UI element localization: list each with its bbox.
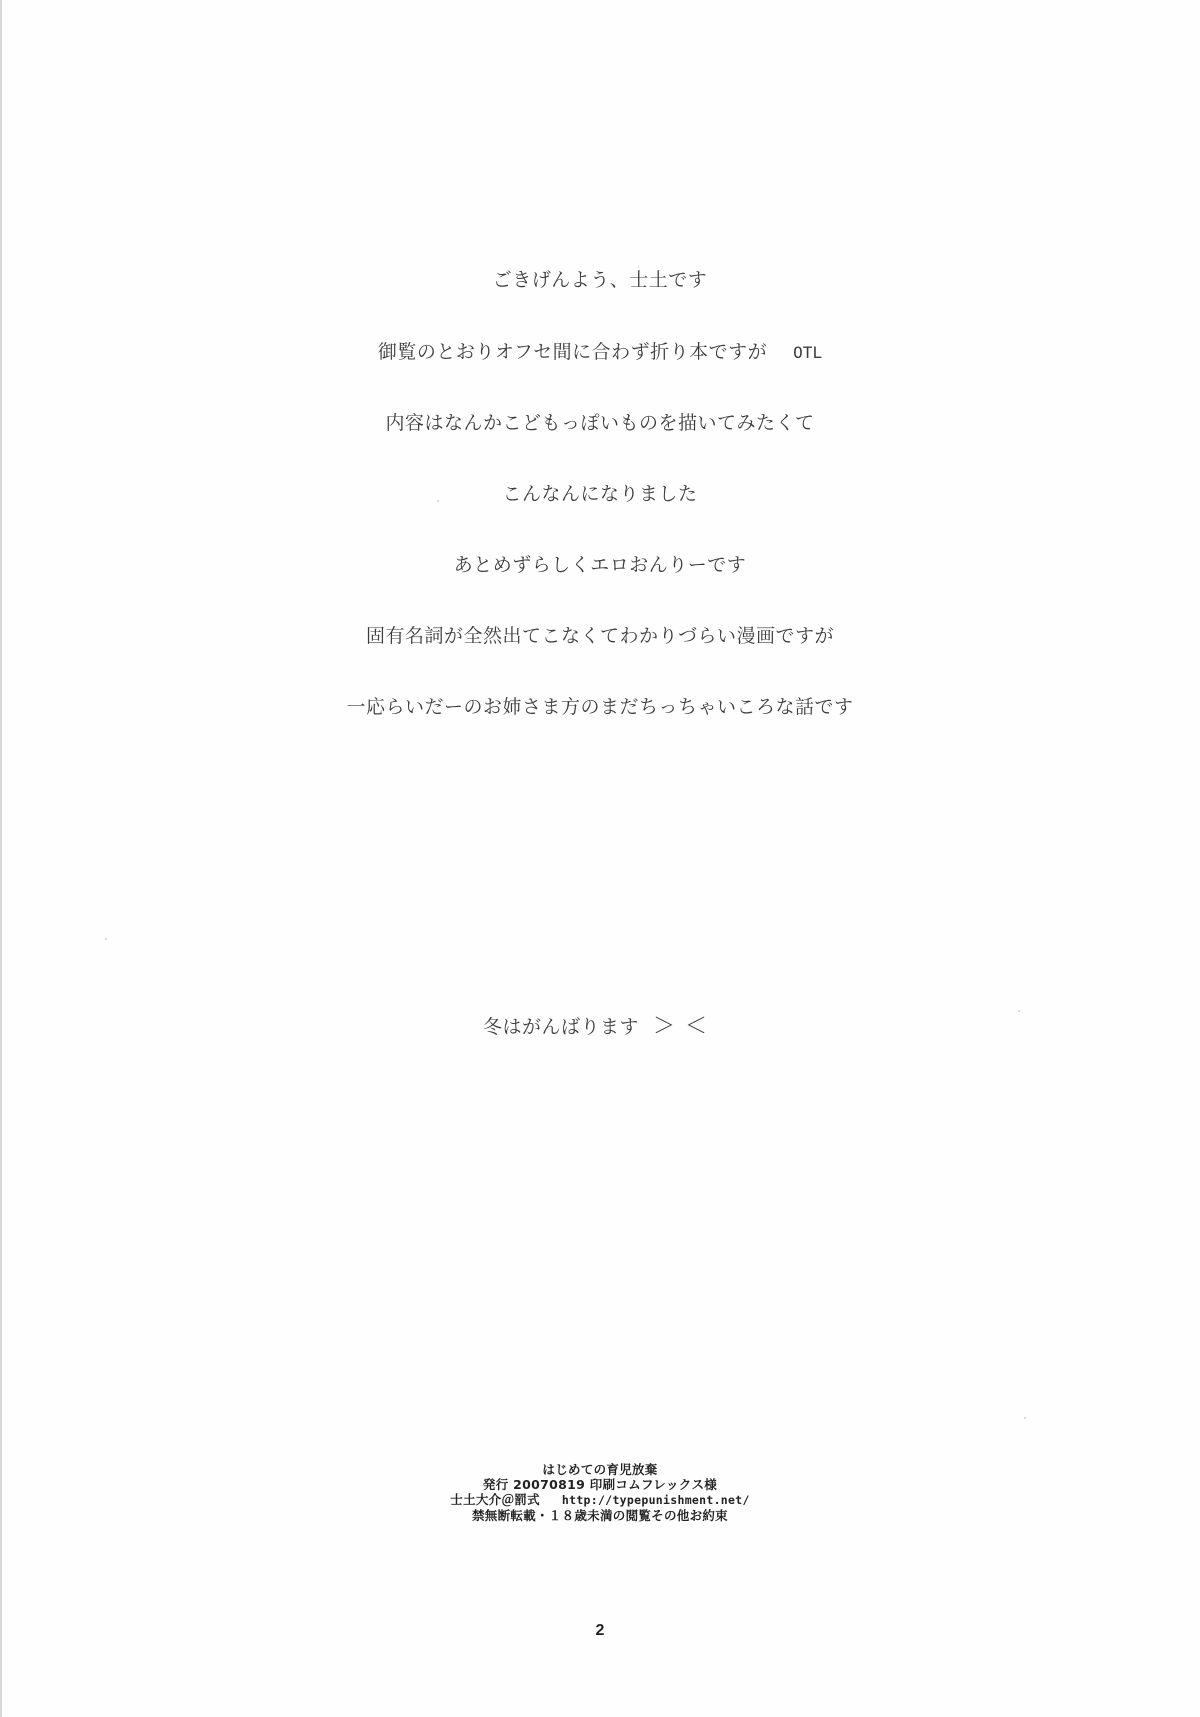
afterword-line-5: あとめずらしくエロおんりーです: [0, 553, 1200, 577]
afterword-line-4: こんなんになりました: [0, 482, 1200, 506]
otl-emoticon: OTL: [793, 343, 822, 362]
afterword-line-2: 御覧のとおりオフセ間に合わず折り本ですがOTL: [0, 340, 1200, 365]
colophon-notice: 禁無断転載・１８歳未満の閲覧その他お約束: [0, 1508, 1200, 1523]
afterword-text: 固有名詞が全然出てこなくてわかりづらい漫画ですが: [366, 625, 834, 647]
document-page: ごきげんよう、士土です 御覧のとおりオフセ間に合わず折り本ですがOTL 内容はな…: [0, 0, 1200, 1717]
afterword-line-1: ごきげんよう、士土です: [0, 268, 1200, 292]
emoticon: ＞＜: [653, 1014, 717, 1039]
scan-speck: [105, 938, 107, 940]
afterword-line-6: 固有名詞が全然出てこなくてわかりづらい漫画ですが: [0, 624, 1200, 648]
colophon-publish-info: 発行 20070819 印刷コムフレックス様: [0, 1477, 1200, 1492]
afterword-text: こんなんになりました: [502, 483, 697, 505]
page-edge: [0, 0, 2, 1717]
afterword-text: 御覧のとおりオフセ間に合わず折り本ですが: [378, 341, 767, 363]
afterword-line-7: 一応らいだーのお姉さま方のまだちっちゃいころな話です: [0, 695, 1200, 719]
afterword-text: 内容はなんかこどもっぽいものを描いてみたくて: [385, 412, 814, 434]
afterword-line-3: 内容はなんかこどもっぽいものを描いてみたくて: [0, 411, 1200, 435]
afterword-text: ごきげんよう、士土です: [493, 269, 708, 291]
closing-text: 冬はがんばります: [483, 1016, 639, 1038]
closing-line: 冬はがんばります＞＜: [0, 1015, 1200, 1039]
colophon: はじめての育児放棄 発行 20070819 印刷コムフレックス様 士土大介＠罰式…: [0, 1462, 1200, 1523]
scan-speck: [1018, 1010, 1020, 1012]
colophon-title: はじめての育児放棄: [0, 1462, 1200, 1477]
scan-speck: [1024, 1417, 1026, 1419]
colophon-author-line: 士土大介＠罰式http://typepunishment.net/: [0, 1492, 1200, 1508]
colophon-author: 士土大介＠罰式: [450, 1492, 540, 1507]
colophon-url: http://typepunishment.net/: [562, 1493, 750, 1507]
page-number: 2: [0, 1622, 1200, 1640]
afterword-text: あとめずらしくエロおんりーです: [454, 554, 747, 576]
scan-speck: [437, 500, 439, 502]
afterword-text: 一応らいだーのお姉さま方のまだちっちゃいころな話です: [346, 696, 853, 718]
